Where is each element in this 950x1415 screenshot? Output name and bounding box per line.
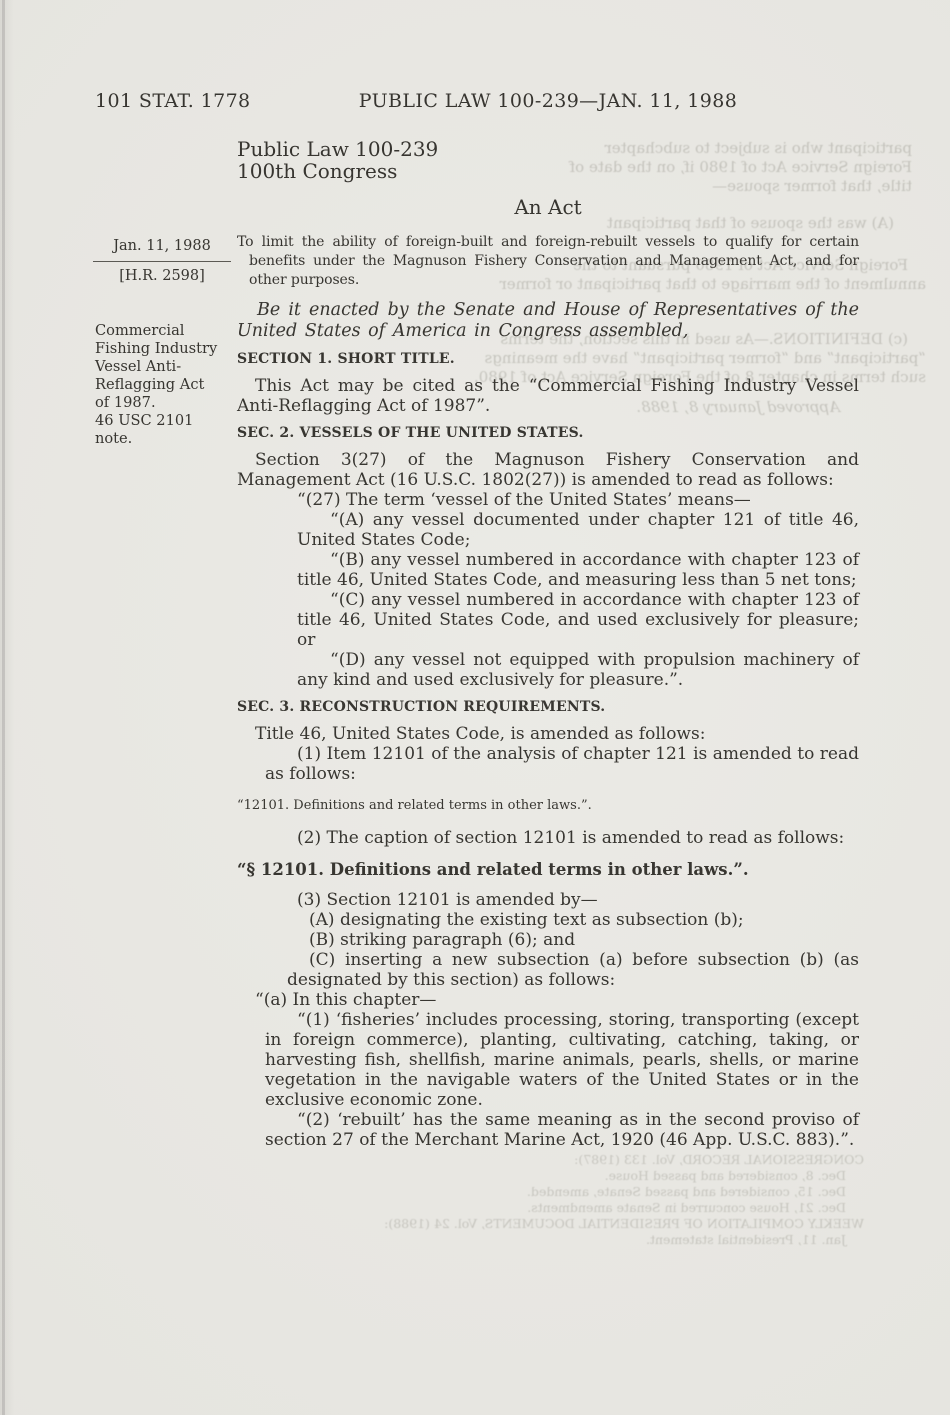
- section-3-subitem-a: (A) designating the existing text as sub…: [237, 910, 859, 930]
- running-head-law-line: PUBLIC LAW 100-239—JAN. 11, 1988: [237, 90, 859, 112]
- section-2-item-b: “(B) any vessel numbered in accordance w…: [237, 550, 859, 590]
- section-1-text: This Act may be cited as the “Commercial…: [237, 376, 859, 416]
- section-3-item-1: (1) Item 12101 of the analysis of chapte…: [237, 744, 859, 784]
- margin-note-rule: [93, 261, 231, 262]
- enacting-clause: Be it enacted by the Senate and House of…: [237, 300, 859, 342]
- margin-note-popular-name: Commercial Fishing Industry Vessel Anti-…: [95, 322, 237, 448]
- public-law-number: Public Law 100-239: [237, 138, 859, 160]
- margin-note-line: Commercial: [95, 322, 237, 340]
- section-2-heading: SEC. 2. VESSELS OF THE UNITED STATES.: [237, 424, 859, 442]
- margin-note-line: Reflagging Act: [95, 376, 237, 394]
- section-2-item-d: “(D) any vessel not equipped with propul…: [237, 650, 859, 690]
- section-3-intro: Title 46, United States Code, is amended…: [237, 724, 859, 744]
- margin-note-bill-number: [H.R. 2598]: [93, 267, 231, 285]
- margin-note-line: of 1987.: [95, 394, 237, 412]
- margin-note-line: 46 USC 2101: [95, 412, 237, 430]
- purpose-clause: To limit the ability of foreign-built an…: [237, 233, 859, 290]
- bleed-through-legislative-history: CONGRESSIONAL RECORD, Vol. 133 (1987): D…: [372, 1152, 864, 1248]
- section-3-heading: SEC. 3. RECONSTRUCTION REQUIREMENTS.: [237, 698, 859, 716]
- an-act-heading: An Act: [237, 195, 859, 219]
- definition-fisheries: “(1) ‘fisheries’ includes processing, st…: [237, 1010, 859, 1110]
- margin-note-line: note.: [95, 430, 237, 448]
- section-3-item-2: (2) The caption of section 12101 is amen…: [237, 828, 859, 848]
- margin-note-line: Vessel Anti-: [95, 358, 237, 376]
- section-2-term-line: “(27) The term ‘vessel of the United Sta…: [237, 490, 859, 510]
- margin-note-date: Jan. 11, 1988: [93, 237, 231, 255]
- section-2-item-a: “(A) any vessel documented under chapter…: [237, 510, 859, 550]
- statute-page: participant who is subject to subchapter…: [0, 0, 950, 1415]
- section-3-subitem-b: (B) striking paragraph (6); and: [237, 930, 859, 950]
- public-law-title: Public Law 100-239 100th Congress: [237, 138, 859, 182]
- definition-rebuilt: “(2) ‘rebuilt’ has the same meaning as i…: [237, 1110, 859, 1150]
- section-3-item-3: (3) Section 12101 is amended by—: [237, 890, 859, 910]
- section-3-subitem-c: (C) inserting a new subsection (a) befor…: [237, 950, 859, 990]
- section-2-intro: Section 3(27) of the Magnuson Fishery Co…: [237, 450, 859, 490]
- section-2-item-c: “(C) any vessel numbered in accordance w…: [237, 590, 859, 650]
- section-1-heading: SECTION 1. SHORT TITLE.: [237, 350, 859, 368]
- statute-body: Public Law 100-239 100th Congress An Act…: [237, 138, 859, 1150]
- scan-page-edge: [2, 0, 5, 1415]
- margin-note-line: Fishing Industry: [95, 340, 237, 358]
- subsection-a-line: “(a) In this chapter—: [237, 990, 859, 1010]
- section-caption-quote: “§ 12101. Definitions and related terms …: [237, 860, 859, 880]
- congress-number: 100th Congress: [237, 160, 859, 182]
- stat-page-number: 101 STAT. 1778: [95, 90, 251, 112]
- analysis-quote-line: “12101. Definitions and related terms in…: [237, 798, 859, 814]
